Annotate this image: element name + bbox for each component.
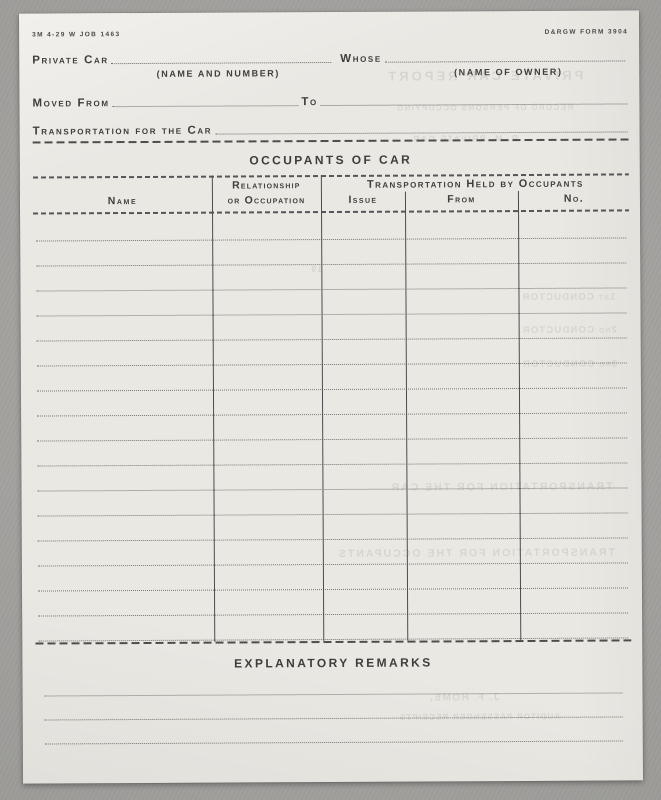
private-car-label: Private Car (32, 54, 109, 66)
moved-from-fill-line (113, 93, 299, 107)
remarks-section (35, 670, 631, 745)
whose-label: Whose (340, 53, 382, 65)
private-car-caption: (NAME AND NUMBER) (32, 68, 308, 79)
table-row (37, 439, 627, 467)
table-row (38, 589, 628, 617)
print-job-code: 3M 4-29 W JOB 1463 (32, 31, 120, 38)
column-header-no: No. (519, 193, 629, 206)
remarks-line (44, 670, 622, 697)
form-paper: PRIVATE CAR REPORTRECORD OF PERSONS OCCU… (19, 10, 643, 783)
moved-from-label: Moved From (32, 97, 109, 109)
occupants-table: Relationship Transportation Held by Occu… (33, 174, 631, 645)
table-row (37, 389, 627, 417)
to-fill-line (321, 91, 628, 106)
whose-fill-line (385, 48, 626, 62)
table-row (37, 414, 627, 442)
table-body (33, 212, 631, 642)
remarks-line (45, 718, 623, 745)
column-header-issue: Issue (322, 194, 404, 206)
column-header-from: From (406, 193, 517, 206)
row-private-car-whose: Private Car (NAME AND NUMBER) Whose (NAM… (32, 48, 628, 79)
occupants-table-title: OCCUPANTS OF CAR (33, 152, 629, 169)
transportation-label: Transportation for the Car (33, 125, 213, 138)
column-header-name: Name (33, 195, 212, 208)
table-row (37, 464, 627, 492)
table-row (38, 539, 628, 567)
form-header: 3M 4-29 W JOB 1463 D&RGW FORM 3904 (32, 28, 628, 38)
column-group-header-transportation: Transportation Held by Occupants (322, 178, 629, 192)
row-moved-from-to: Moved From To (32, 91, 628, 109)
table-row (37, 364, 627, 392)
column-header-occupation: or Occupation (213, 194, 320, 207)
to-label: To (301, 96, 318, 108)
table-row (37, 339, 627, 367)
table-header: Relationship Transportation Held by Occu… (33, 174, 629, 213)
table-row (38, 564, 628, 592)
table-row (36, 289, 626, 317)
remarks-line (45, 694, 623, 721)
table-row (36, 239, 626, 267)
private-car-fill-line (112, 50, 332, 64)
form-number: D&RGW FORM 3904 (545, 28, 629, 35)
table-row (38, 514, 628, 542)
row-transportation: Transportation for the Car (33, 119, 629, 137)
section-divider (33, 138, 629, 144)
table-row (36, 212, 626, 242)
table-row (38, 614, 628, 642)
table-row (36, 264, 626, 292)
column-header-relationship: Relationship (213, 179, 320, 192)
table-row (37, 489, 627, 517)
transportation-fill-line (215, 119, 628, 134)
table-row (37, 314, 627, 342)
whose-caption: (NAME OF OWNER) (340, 67, 588, 78)
